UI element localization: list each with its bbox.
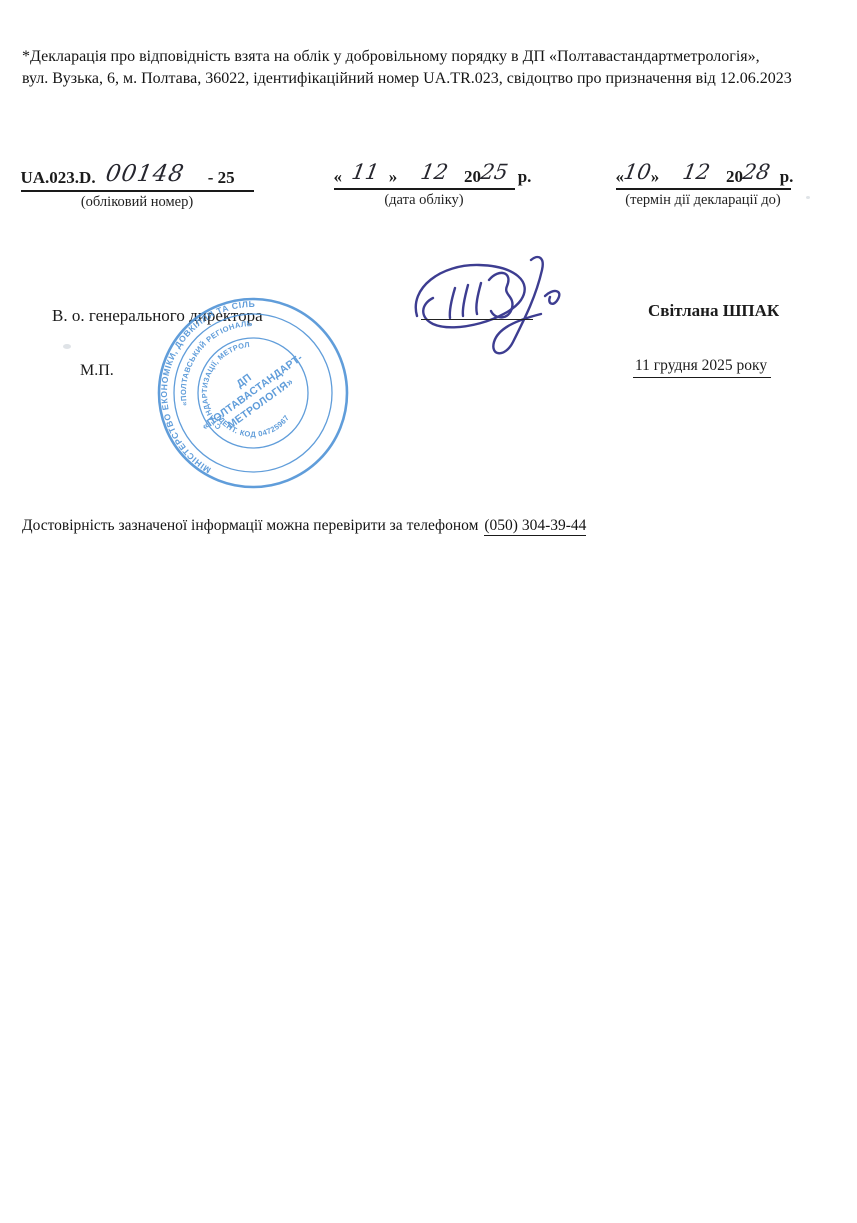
registration-number-line: UA.023.D.00148- 25 (21, 163, 254, 192)
record-date-line: «11»122025р. (334, 163, 515, 190)
handwritten-expiry-day: 10 (622, 160, 653, 184)
expiry-date-label: (термін дії декларації до) (615, 192, 791, 209)
signature (405, 252, 575, 372)
verification-text: Достовірність зазначеної інформації можн… (22, 517, 478, 534)
record-date-field: «11»122025р. (дата обліку) (333, 163, 515, 209)
record-date-open-quote: « (334, 167, 343, 186)
registration-number-label: (обліковий номер) (20, 194, 254, 211)
record-date-label: (дата обліку) (333, 192, 515, 209)
sign-date: 11 грудня 2025 року (633, 357, 771, 378)
document-page: *Декларація про відповідність взята на о… (0, 0, 857, 1223)
expiry-date-field: «10»122028р. (термін дії декларації до) (615, 163, 791, 209)
official-stamp-icon: МІНІСТЕРСТВО ЕКОНОМІКИ, ДОВКІЛЛЯ ТА СІЛЬ… (155, 295, 351, 491)
verification-line: Достовірність зазначеної інформації можн… (22, 517, 586, 535)
verification-phone: (050) 304-39-44 (484, 517, 586, 536)
handwritten-expiry-year: 28 (741, 160, 772, 184)
record-date-close-quote: » (389, 167, 398, 186)
registration-note-line1: *Декларація про відповідність взята на о… (22, 46, 842, 68)
scan-speck (152, 56, 155, 59)
signature-line (421, 319, 533, 320)
seal-place-mark: М.П. (80, 362, 114, 380)
record-date-suffix: р. (518, 167, 532, 186)
expiry-date-close-quote: » (651, 167, 660, 186)
handwritten-record-day: 11 (350, 160, 381, 184)
handwritten-expiry-month: 12 (681, 160, 712, 184)
handwritten-record-year: 25 (479, 160, 510, 184)
signatory-name: Світлана ШПАК (648, 301, 779, 321)
expiry-date-line: «10»122028р. (616, 163, 791, 190)
registration-number-field: UA.023.D.00148- 25 (обліковий номер) (20, 163, 254, 211)
registration-note: *Декларація про відповідність взята на о… (22, 46, 842, 90)
handwritten-record-month: 12 (419, 160, 450, 184)
registration-prefix: UA.023.D. (21, 168, 96, 187)
scan-speck (63, 344, 71, 349)
registration-suffix: - 25 (208, 168, 235, 187)
scan-speck (806, 196, 810, 199)
registration-note-line2: вул. Вузька, 6, м. Полтава, 36022, ідент… (22, 68, 842, 90)
expiry-date-suffix: р. (780, 167, 794, 186)
handwritten-registration-number: 00148 (103, 161, 186, 187)
